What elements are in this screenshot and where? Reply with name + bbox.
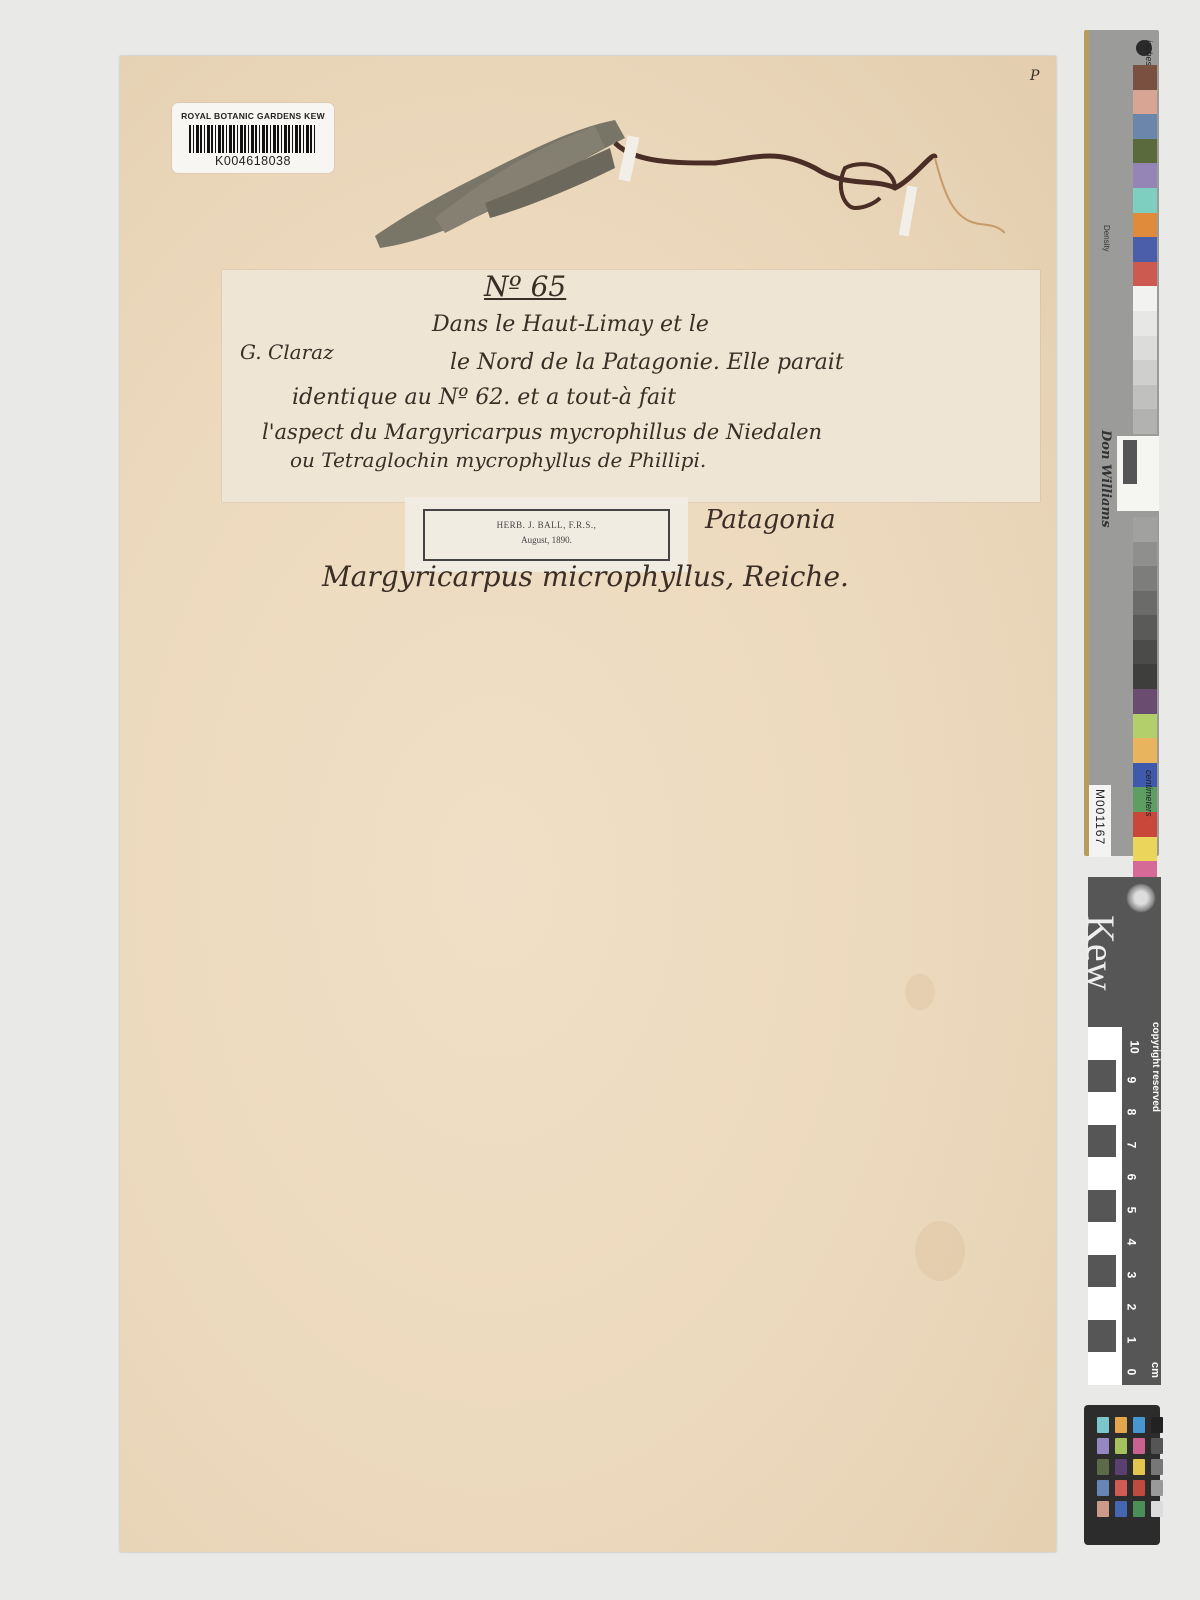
checker-swatch bbox=[1115, 1480, 1127, 1496]
ruler-tick-label: 5 bbox=[1124, 1206, 1138, 1213]
water-stain bbox=[905, 974, 935, 1010]
inches-label: inches bbox=[1144, 40, 1154, 66]
color-patch bbox=[1133, 542, 1157, 567]
color-patch bbox=[1133, 591, 1157, 616]
ruler-tick-label: 7 bbox=[1124, 1141, 1138, 1148]
checker-swatch bbox=[1151, 1417, 1163, 1433]
color-patch bbox=[1133, 213, 1157, 238]
checker-swatch bbox=[1133, 1417, 1145, 1433]
ruler-tick-label: 0 bbox=[1124, 1369, 1138, 1376]
color-patch bbox=[1133, 188, 1157, 213]
color-patch bbox=[1133, 336, 1157, 361]
checker-swatch bbox=[1115, 1438, 1127, 1454]
unit-label: cm bbox=[1149, 1362, 1161, 1378]
ruler-scale bbox=[1088, 1027, 1122, 1385]
collection-number: Nº 65 bbox=[484, 270, 566, 303]
resolution-target bbox=[1117, 436, 1159, 511]
color-patch bbox=[1133, 837, 1157, 862]
centimeters-label: centimeters bbox=[1144, 770, 1154, 817]
color-patch bbox=[1133, 640, 1157, 665]
color-patch bbox=[1133, 738, 1157, 763]
kew-logo: Kew bbox=[1077, 915, 1124, 991]
color-patch bbox=[1133, 114, 1157, 139]
color-patch bbox=[1133, 360, 1157, 385]
checker-swatch bbox=[1133, 1459, 1145, 1475]
mounting-strap bbox=[899, 186, 918, 237]
checker-swatch bbox=[1133, 1501, 1145, 1517]
color-patch bbox=[1133, 139, 1157, 164]
herbarium-date: August, 1890. bbox=[425, 535, 668, 545]
ruler-tick-label: 3 bbox=[1124, 1271, 1138, 1278]
color-patch bbox=[1133, 664, 1157, 689]
label-line-4: l'aspect du Margyricarpus mycrophillus d… bbox=[262, 420, 822, 444]
barcode-label: ROYAL BOTANIC GARDENS KEW K004618038 bbox=[172, 103, 334, 173]
barcode-icon bbox=[189, 125, 317, 153]
ruler-tick-label: 2 bbox=[1124, 1304, 1138, 1311]
ruler-tick-label: 10 bbox=[1128, 1040, 1142, 1053]
chart-code-label: M001167 bbox=[1089, 785, 1111, 857]
plant-specimen bbox=[375, 108, 1005, 258]
color-patch bbox=[1133, 385, 1157, 410]
field-label: Nº 65 G. Claraz Dans le Haut-Limay et le… bbox=[222, 270, 1040, 502]
color-patch bbox=[1133, 237, 1157, 262]
checker-swatch bbox=[1151, 1480, 1163, 1496]
color-checker-card bbox=[1084, 1405, 1160, 1545]
determination-annotation: Margyricarpus microphyllus, Reiche. bbox=[322, 560, 849, 593]
ruler-tick-label: 6 bbox=[1124, 1174, 1138, 1181]
checker-swatch bbox=[1097, 1459, 1109, 1475]
checker-swatch bbox=[1097, 1438, 1109, 1454]
barcode-number: K004618038 bbox=[172, 154, 334, 168]
checker-swatch bbox=[1151, 1501, 1163, 1517]
mounting-strap bbox=[618, 135, 639, 182]
checker-swatch bbox=[1115, 1501, 1127, 1517]
density-label: Density bbox=[1102, 225, 1111, 252]
color-patch bbox=[1133, 286, 1157, 311]
color-patch bbox=[1133, 65, 1157, 90]
color-patch bbox=[1133, 311, 1157, 336]
ruler-tick-label: 8 bbox=[1124, 1109, 1138, 1116]
checker-swatch bbox=[1115, 1459, 1127, 1475]
copyright-text: copyright reserved bbox=[1150, 1022, 1161, 1112]
color-patch bbox=[1133, 615, 1157, 640]
label-line-1: Dans le Haut-Limay et le bbox=[432, 312, 709, 337]
color-calibration-strip: inches Density Don Williams M001167 cent… bbox=[1084, 30, 1159, 856]
color-patch bbox=[1133, 90, 1157, 115]
chart-brand: Don Williams bbox=[1098, 430, 1113, 528]
label-line-2: le Nord de la Patagonie. Elle parait bbox=[450, 350, 844, 375]
herbarium-name: HERB. J. BALL, F.R.S., bbox=[425, 520, 668, 530]
institution-name: ROYAL BOTANIC GARDENS KEW bbox=[172, 111, 334, 121]
corner-mark: P bbox=[1030, 68, 1039, 84]
checker-swatch bbox=[1133, 1438, 1145, 1454]
kew-crest-icon bbox=[1126, 883, 1156, 913]
color-patch bbox=[1133, 517, 1157, 542]
kew-scale-ruler: Kew 012345678910 copyright reserved cm bbox=[1088, 877, 1161, 1385]
checker-swatch bbox=[1133, 1480, 1145, 1496]
color-patch bbox=[1133, 714, 1157, 739]
color-patch bbox=[1133, 409, 1157, 434]
water-stain bbox=[915, 1221, 965, 1281]
checker-swatch bbox=[1097, 1480, 1109, 1496]
label-line-5: ou Tetraglochin mycrophyllus de Phillipi… bbox=[290, 448, 706, 472]
color-patch bbox=[1133, 566, 1157, 591]
label-line-3: identique au Nº 62. et a tout-à fait bbox=[292, 385, 676, 410]
ruler-tick-label: 9 bbox=[1124, 1076, 1138, 1083]
checker-swatch bbox=[1097, 1501, 1109, 1517]
checker-swatch bbox=[1151, 1438, 1163, 1454]
color-patch bbox=[1133, 163, 1157, 188]
checker-swatch bbox=[1097, 1417, 1109, 1433]
collector-name: G. Claraz bbox=[240, 340, 334, 364]
checker-swatch bbox=[1115, 1417, 1127, 1433]
color-patch bbox=[1133, 262, 1157, 287]
ruler-tick-label: 4 bbox=[1124, 1239, 1138, 1246]
color-patch bbox=[1133, 689, 1157, 714]
locality-annotation: Patagonia bbox=[705, 505, 836, 535]
checker-swatch bbox=[1151, 1459, 1163, 1475]
ruler-tick-label: 1 bbox=[1124, 1336, 1138, 1343]
